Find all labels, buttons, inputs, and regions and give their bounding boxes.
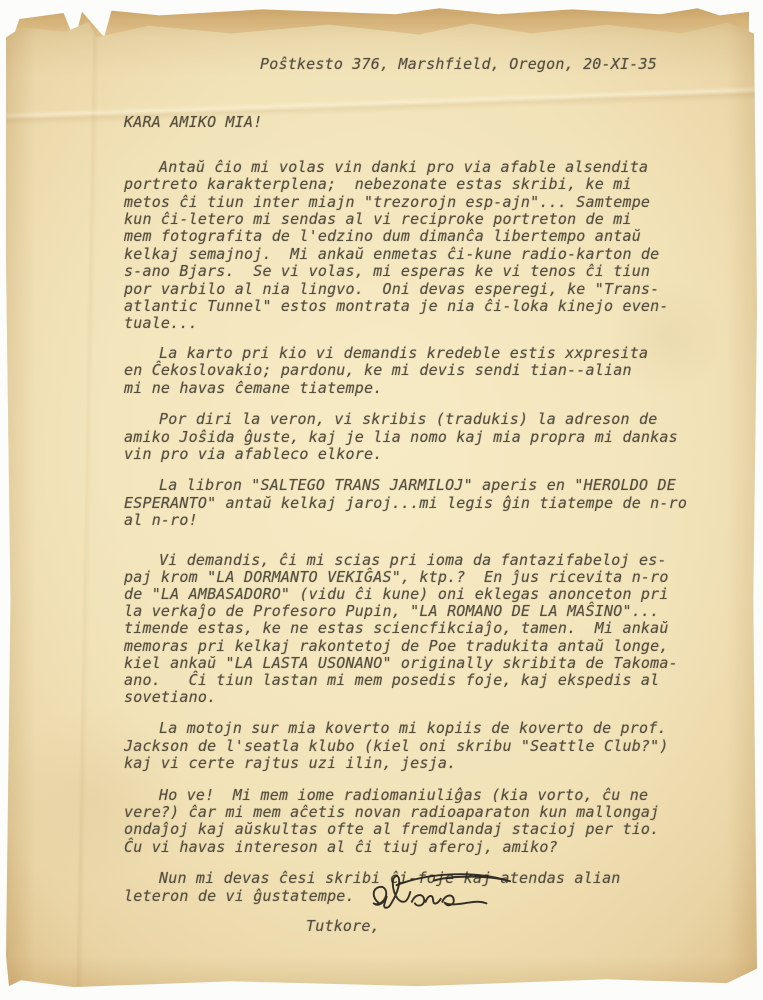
paragraph: Por diri la veron, vi skribis (tradukis)…	[124, 411, 711, 463]
paragraph: Vi demandis, ĉi mi scias pri ioma da fan…	[124, 552, 711, 707]
paragraph: La libron "SALTEGO TRANS JARMILOJ" aperi…	[124, 477, 711, 529]
letter-paper: Poŝtkesto 376, Marshfield, Oregon, 20-XI…	[6, 16, 757, 990]
paragraph: La motojn sur mia koverto mi kopiis de k…	[124, 720, 711, 772]
letter-header-address-date: Poŝtkesto 376, Marshfield, Oregon, 20-XI…	[260, 56, 711, 73]
paragraph: La karto pri kio vi demandis kredeble es…	[124, 345, 711, 397]
scanned-letter: Poŝtkesto 376, Marshfield, Oregon, 20-XI…	[0, 0, 763, 1000]
letter-body: Poŝtkesto 376, Marshfield, Oregon, 20-XI…	[6, 16, 757, 990]
paragraph: Antaŭ ĉio mi volas vin danki pro via afa…	[124, 159, 711, 333]
handwritten-signature	[360, 864, 520, 926]
salutation: KARA AMIKO MIA!	[124, 114, 711, 131]
signature-stroke	[374, 876, 411, 908]
paragraph: Ho ve! Mi mem iome radiomaniuliĝas (kia …	[124, 787, 711, 857]
